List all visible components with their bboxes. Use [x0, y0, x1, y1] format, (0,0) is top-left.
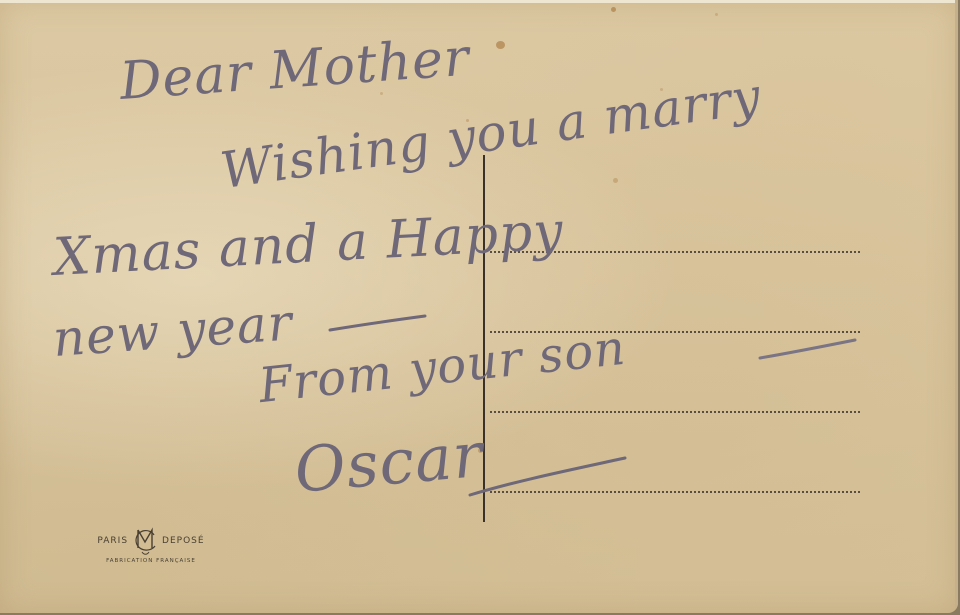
imprint-subtitle: FABRICATION FRANÇAISE [86, 558, 216, 564]
monogram-logo-icon [132, 526, 158, 556]
publisher-imprint: PARIS DEPOSÉ FABRICATION FRANÇAISE [86, 526, 216, 570]
postcard-back: Dear Mother Wishing you a marry Xmas and… [0, 0, 958, 613]
imprint-paris: PARIS [97, 536, 128, 546]
imprint-depose: DEPOSÉ [162, 536, 205, 546]
signature-flourish [0, 0, 958, 613]
